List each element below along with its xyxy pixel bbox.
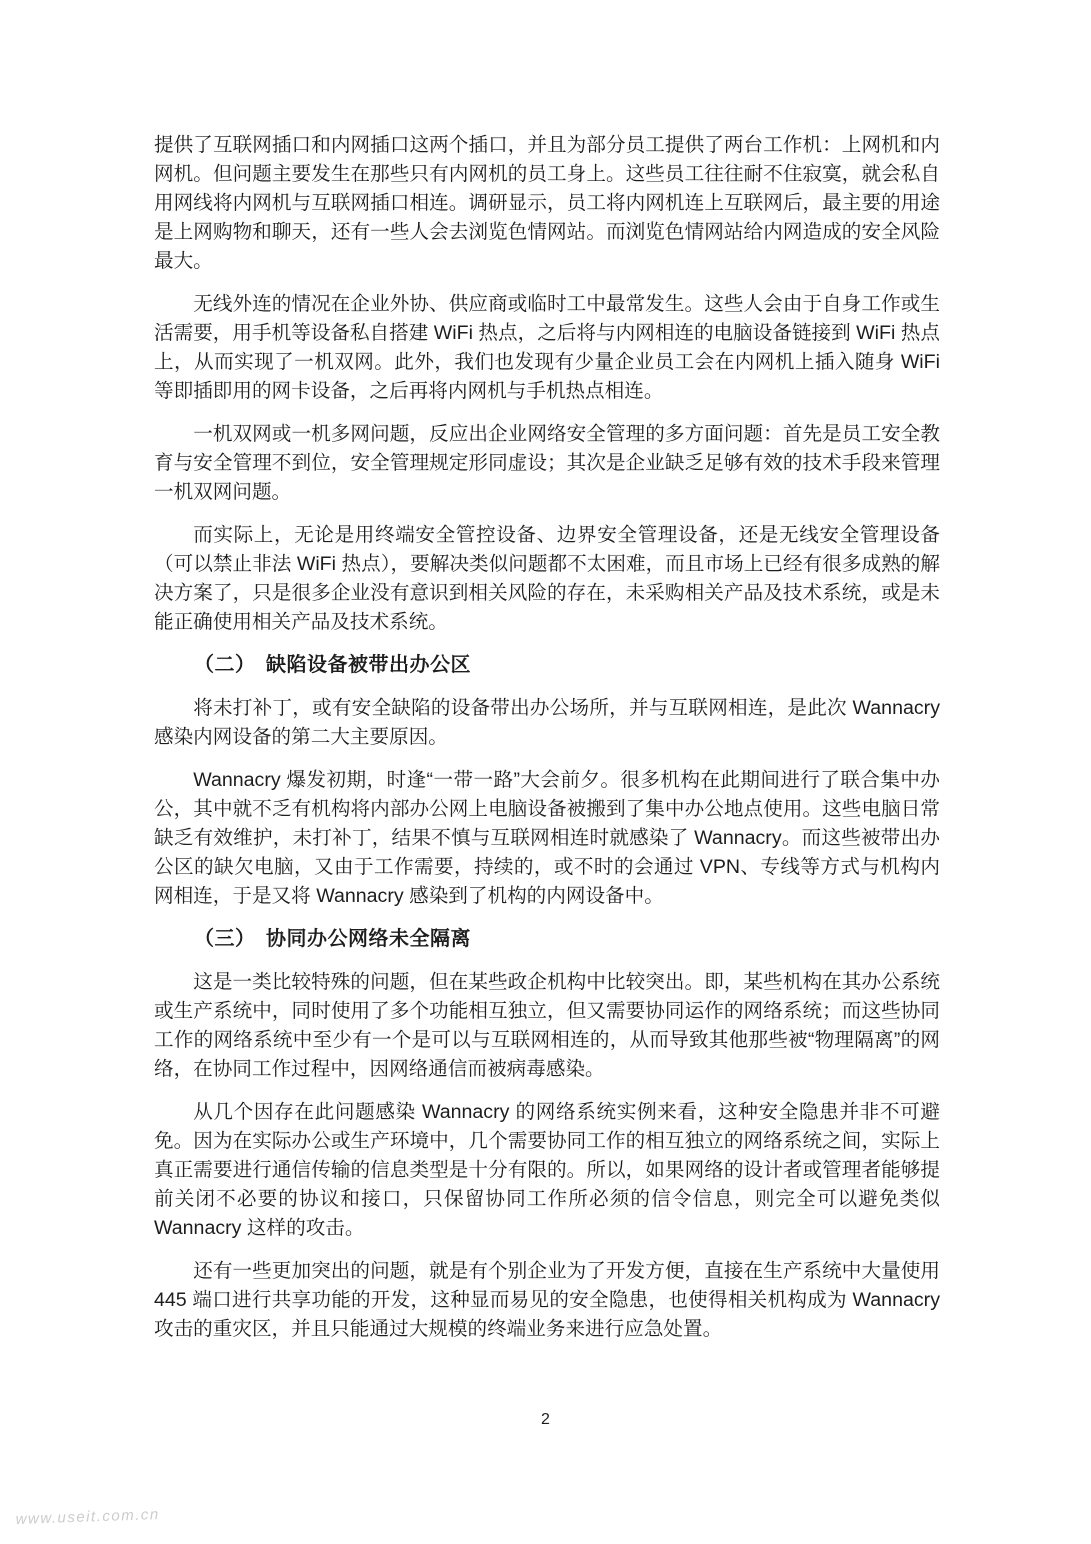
body-paragraph: 一机双网或一机多网问题，反应出企业网络安全管理的多方面问题：首先是员工安全教育与… (154, 420, 940, 507)
body-paragraph: 而实际上，无论是用终端安全管控设备、边界安全管理设备，还是无线安全管理设备（可以… (154, 521, 940, 637)
section-heading: （二） 缺陷设备被带出办公区 (154, 651, 940, 680)
body-paragraph: 无线外连的情况在企业外协、供应商或临时工中最常发生。这些人会由于自身工作或生活需… (154, 290, 940, 406)
body-paragraph: 从几个因存在此问题感染 Wannacry 的网络系统实例来看，这种安全隐患并非不… (154, 1098, 940, 1243)
document-page: 提供了互联网插口和内网插口这两个插口，并且为部分员工提供了两台工作机：上网机和内… (0, 0, 1091, 1544)
body-paragraph: 还有一些更加突出的问题，就是有个别企业为了开发方便，直接在生产系统中大量使用 4… (154, 1257, 940, 1344)
document-content: 提供了互联网插口和内网插口这两个插口，并且为部分员工提供了两台工作机：上网机和内… (154, 131, 940, 1358)
section-heading: （三） 协同办公网络未全隔离 (154, 925, 940, 954)
page-number: 2 (0, 1411, 1091, 1429)
body-paragraph: 提供了互联网插口和内网插口这两个插口，并且为部分员工提供了两台工作机：上网机和内… (154, 131, 940, 276)
body-paragraph: Wannacry 爆发初期，时逢“一带一路”大会前夕。很多机构在此期间进行了联合… (154, 766, 940, 911)
watermark: www.useit.com.cn (15, 1506, 160, 1528)
body-paragraph: 这是一类比较特殊的问题，但在某些政企机构中比较突出。即，某些机构在其办公系统或生… (154, 968, 940, 1084)
body-paragraph: 将未打补丁，或有安全缺陷的设备带出办公场所，并与互联网相连，是此次 Wannac… (154, 694, 940, 752)
